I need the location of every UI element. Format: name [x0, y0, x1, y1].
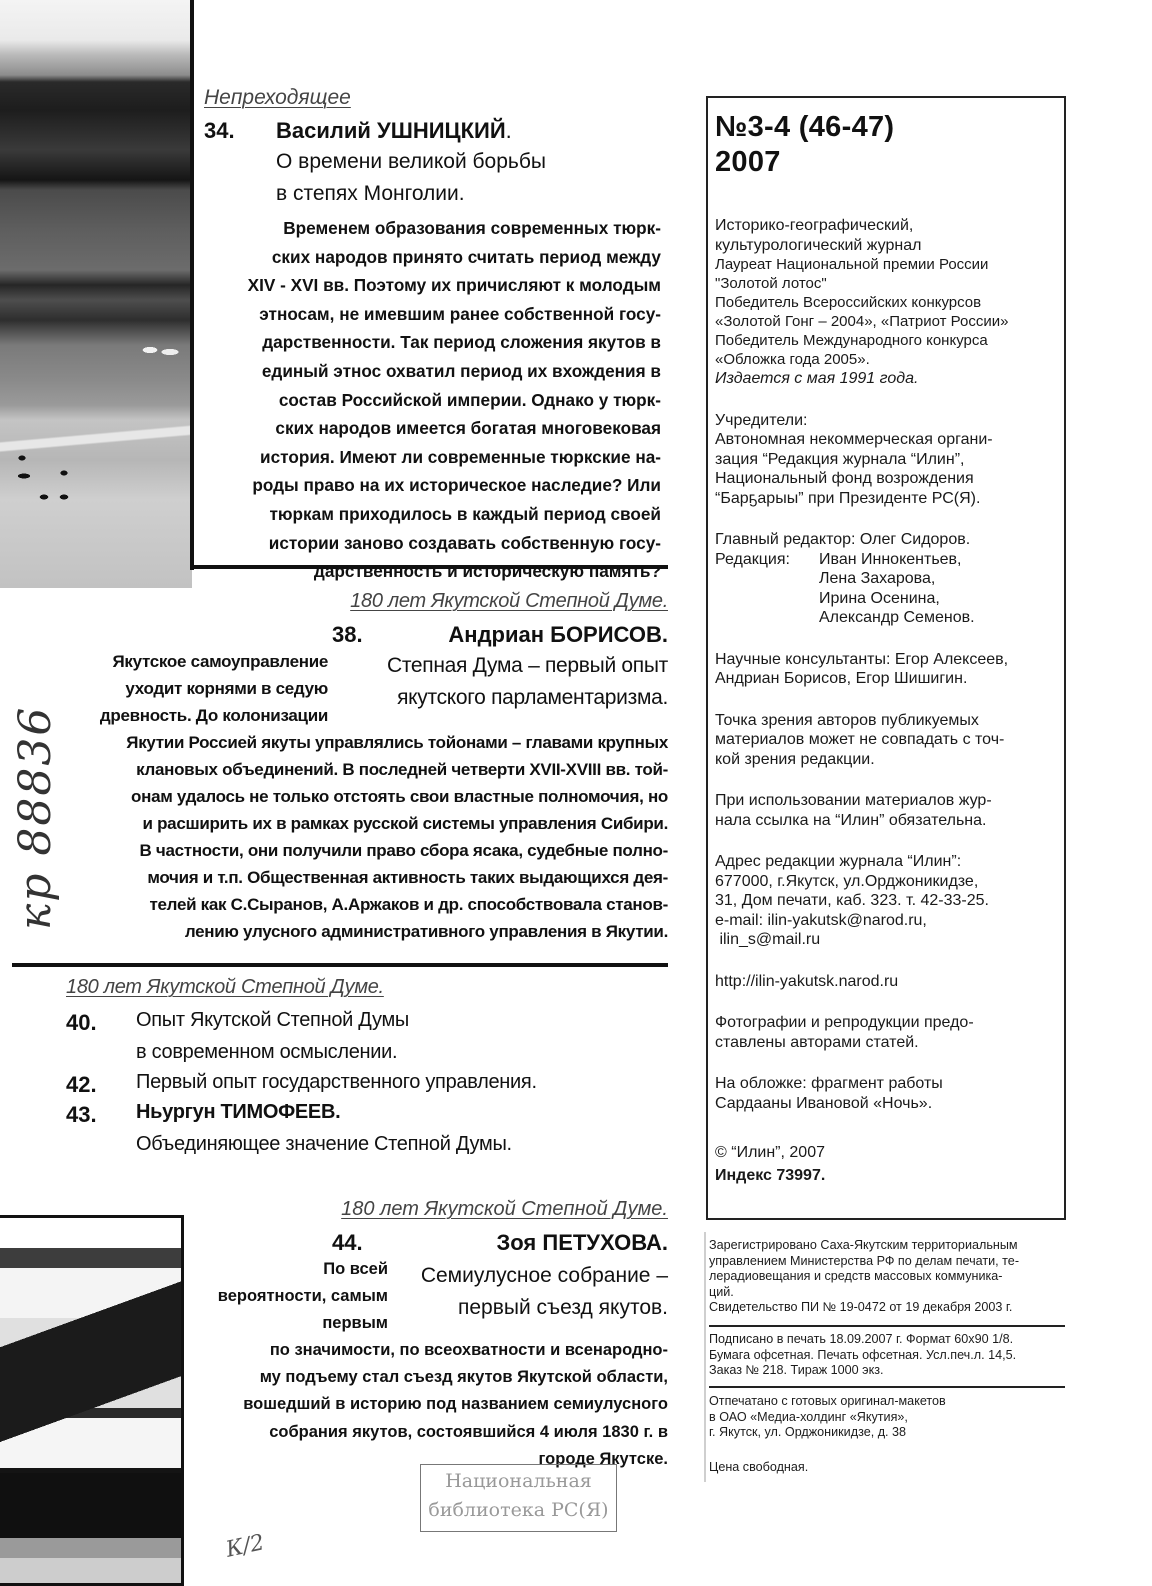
info-line: Сардааны Ивановой «Ночь». — [715, 1094, 1064, 1114]
lead-line: уходит корнями в седую — [60, 675, 328, 702]
title-line: Семиулусное собрание – — [421, 1260, 668, 1292]
article-lead-intro: Якутское самоуправление уходит корнями в… — [60, 648, 328, 729]
imprint-line: Зарегистрировано Саха-Якутским территори… — [709, 1238, 1065, 1254]
registration-info: Зарегистрировано Саха-Якутским территори… — [709, 1238, 1065, 1316]
imprint-border — [704, 1232, 706, 1482]
library-stamp: Национальная библиотека РС(Я) — [420, 1464, 617, 1532]
editorial-staff: Главный редактор: Олег Сидоров. Редакция… — [715, 530, 1064, 628]
title-line: якутского парламентаризма. — [387, 682, 668, 714]
lead-line: собрания якутов, состоявшийся 4 июля 183… — [192, 1419, 668, 1446]
website-link[interactable]: http://ilin-yakutsk.narod.ru — [715, 972, 1064, 992]
article-lead: Якутии Россией якуты управлялись тойонам… — [56, 729, 668, 945]
lead-line: и расширить их в рамках русской системы … — [56, 810, 668, 837]
info-line: зация “Редакция журнала “Илин”, — [715, 450, 1064, 470]
email-link[interactable]: ilin_s@mail.ru — [715, 930, 1064, 950]
photos-note: Фотографии и репродукции предо- ставлены… — [715, 1013, 1064, 1052]
consultants: Научные консультанты: Егор Алексеев, Анд… — [715, 650, 1064, 689]
lead-line: XIV - XVI вв. Поэтому их причисляют к мо… — [205, 271, 661, 300]
price: Цена свободная. — [709, 1460, 1065, 1476]
imprint-line: Подписано в печать 18.09.2007 г. Формат … — [709, 1332, 1065, 1348]
info-line: Победитель Всероссийских конкурсов — [715, 293, 1064, 312]
section-frame-left — [190, 0, 194, 570]
author-name: Ньургун ТИМОФЕЕВ. — [136, 1096, 512, 1128]
info-line: ставлены авторами статей. — [715, 1033, 1064, 1053]
info-line: На обложке: фрагмент работы — [715, 1074, 1064, 1094]
section-divider — [12, 963, 668, 967]
lead-line: дарственность и историческую память? — [205, 557, 661, 586]
article-author: Андриан БОРИСОВ. — [448, 622, 668, 648]
info-line: Лауреат Национальной премии России — [715, 255, 1064, 274]
info-line: Точка зрения авторов публикуемых — [715, 711, 1055, 731]
lead-line: клановых объединений. В последней четвер… — [56, 756, 668, 783]
info-line: 31, Дом печати, каб. 323. т. 42-33-25. — [715, 891, 1064, 911]
lead-line: По всей — [190, 1256, 388, 1283]
title-line: в степях Монголии. — [276, 178, 546, 210]
imprint-line: в ОАО «Медиа-холдинг «Якутия», — [709, 1410, 1065, 1426]
imprint-line: лерадиовещания и средств массовых коммун… — [709, 1269, 1065, 1285]
editorial-address: Адрес редакции журнала “Илин”: 677000, г… — [715, 852, 1064, 950]
handwritten-catalog-number: кр 88836 — [10, 730, 50, 930]
info-line: “Барҕарыы” при Президенте РС(Я). — [715, 489, 1064, 509]
masthead-box: №3-4 (46-47) 2007 Историко-географически… — [706, 96, 1066, 1220]
page-number: 43. — [66, 1102, 97, 1128]
page-number: 34. — [204, 118, 235, 144]
article-author: Василий УШНИЦКИЙ. — [276, 118, 512, 144]
info-line: Историко-географический, — [715, 216, 1064, 236]
info-line: При использовании материалов жур- — [715, 791, 1055, 811]
lead-line: му подъему стал съезд якутов Якутской об… — [192, 1364, 668, 1391]
article-lead: по значимости, по всеохватности и всенар… — [192, 1337, 668, 1473]
lead-line: мочия и т.п. Общественная активность так… — [56, 864, 668, 891]
info-line: Фотографии и репродукции предо- — [715, 1013, 1055, 1033]
lead-line: по значимости, по всеохватности и всенар… — [192, 1337, 668, 1364]
imprint-divider — [709, 1325, 1065, 1327]
info-line: материалов может не совпадать с точ- — [715, 730, 1064, 750]
stamp-line: Национальная — [421, 1467, 616, 1496]
author-name: Василий УШНИЦКИЙ — [276, 118, 506, 143]
lead-line: ских народов принято считать период межд… — [205, 243, 661, 272]
cover-photo-landscape — [0, 0, 192, 588]
toc-item-title: Опыт Якутской Степной Думы в современном… — [136, 1004, 409, 1068]
title-line: Степная Дума – первый опыт — [387, 650, 668, 682]
info-line: «Обложка года 2005». — [715, 350, 1064, 369]
info-line: нала ссылка на “Илин” обязательна. — [715, 811, 1064, 831]
imprint-line: управлением Министерства РФ по делам печ… — [709, 1254, 1065, 1270]
imprint-line: ций. — [709, 1285, 1065, 1301]
page-number: 38. — [332, 622, 363, 648]
imprint-line: Свидетельство ПИ № 19-0472 от 19 декабря… — [709, 1300, 1065, 1316]
cover-note: На обложке: фрагмент работы Сардааны Ива… — [715, 1074, 1064, 1113]
imprint-line: Заказ № 218. Тираж 1000 экз. — [709, 1363, 1065, 1379]
issue-year: 2007 — [715, 145, 1064, 180]
info-line: Андриан Борисов, Егор Шишигин. — [715, 669, 1064, 689]
info-line: Победитель Международного конкурса — [715, 331, 1064, 350]
editor-name: Лена Захарова, — [715, 569, 1064, 589]
title-line: в современном осмыслении. — [136, 1036, 409, 1068]
stamp-line: библиотека РС(Я) — [421, 1496, 616, 1525]
editor-name: Александр Семенов. — [715, 608, 1064, 628]
page-number: 40. — [66, 1010, 97, 1036]
issue-number: №3-4 (46-47) — [715, 110, 1064, 145]
imprint-divider — [709, 1386, 1065, 1388]
info-line: Адрес редакции журнала “Илин”: — [715, 852, 1055, 872]
rubric-label: Непреходящее — [204, 86, 351, 110]
article-title: Степная Дума – первый опыт якутского пар… — [387, 650, 668, 714]
published-since: Издается с мая 1991 года. — [715, 369, 1064, 389]
article-title: Семиулусное собрание – первый съезд якут… — [421, 1260, 668, 1324]
lead-line: Временем образования современных тюрк- — [205, 214, 661, 243]
subscription-index: Индекс 73997. — [715, 1166, 1064, 1186]
editorial-label: Редакция: — [715, 550, 819, 570]
article-lead-intro: По всей вероятности, самым первым — [190, 1256, 388, 1337]
info-line: "Золотой лотос" — [715, 274, 1064, 293]
lead-line: лению улусного административного управле… — [56, 918, 668, 945]
historical-photo-buildings — [0, 1215, 184, 1586]
copyright-block: © “Илин”, 2007 Индекс 73997. — [715, 1143, 1064, 1185]
article-title: О времени великой борьбы в степях Монгол… — [276, 146, 546, 210]
lead-line: единый этнос охватил период их вхождения… — [205, 357, 661, 386]
info-line: кой зрения редакции. — [715, 750, 1064, 770]
rubric-label: 180 лет Якутской Степной Думе. — [341, 1198, 668, 1221]
citation-note: При использовании материалов жур- нала с… — [715, 791, 1064, 830]
title-line: первый съезд якутов. — [421, 1292, 668, 1324]
article-lead: Временем образования современных тюрк- с… — [205, 214, 661, 586]
title-line: Первый опыт государственного управления. — [136, 1066, 537, 1098]
lead-line: история. Имеют ли современные тюркские н… — [205, 443, 661, 472]
lead-line: В частности, они получили право сбора яс… — [56, 837, 668, 864]
info-line: культурологический журнал — [715, 236, 1064, 256]
editor-name: Иван Иннокентьев, — [819, 551, 962, 568]
disclaimer: Точка зрения авторов публикуемых материа… — [715, 711, 1064, 770]
editor-name: Ирина Осенина, — [715, 589, 1064, 609]
imprint-line: Бумага офсетная. Печать офсетная. Усл.пе… — [709, 1348, 1065, 1364]
info-line: «Золотой Гонг – 2004», «Патриот России» — [715, 312, 1064, 331]
lead-line: дарственности. Так период сложения якуто… — [205, 328, 661, 357]
toc-item-title: Ньургун ТИМОФЕЕВ. Объединяющее значение … — [136, 1096, 512, 1160]
chief-editor: Главный редактор: Олег Сидоров. — [715, 530, 1064, 550]
title-line: О времени великой борьбы — [276, 146, 546, 178]
lead-line: телей как С.Сыранов, А.Аржаков и др. спо… — [56, 891, 668, 918]
title-line: Опыт Якутской Степной Думы — [136, 1004, 409, 1036]
email-link[interactable]: e-mail: ilin-yakutsk@narod.ru, — [715, 911, 1064, 931]
page-number: 42. — [66, 1072, 97, 1098]
lead-line: вероятности, самым — [190, 1283, 388, 1310]
lead-line: тюркам приходилось в каждый период своей — [205, 500, 661, 529]
imprint-line: Отпечатано с готовых оригинал-макетов — [709, 1394, 1065, 1410]
info-line: Научные консультанты: Егор Алексеев, — [715, 650, 1064, 670]
lead-line: роды право на их историческое наследие? … — [205, 471, 661, 500]
handwritten-mark: К/2 — [224, 1530, 267, 1562]
lead-line: первым — [190, 1310, 388, 1337]
page-number: 44. — [332, 1230, 363, 1256]
info-line: Национальный фонд возрождения — [715, 469, 1064, 489]
toc-item-title: Первый опыт государственного управления. — [136, 1066, 537, 1098]
author-suffix: . — [506, 118, 512, 143]
info-line: Автономная некоммерческая органи- — [715, 430, 1055, 450]
journal-description: Историко-географический, культурологичес… — [715, 216, 1064, 389]
rubric-label: 180 лет Якутской Степной Думе. — [66, 976, 384, 999]
lead-line: вошедший в историю под названием семиулу… — [192, 1391, 668, 1418]
lead-line: онам удалось не только отстоять свои вла… — [56, 783, 668, 810]
section-divider — [190, 565, 668, 569]
printer-info: Отпечатано с готовых оригинал-макетов в … — [709, 1394, 1065, 1441]
founders-label: Учредители: — [715, 411, 1064, 431]
lead-line: этносам, не имевшим ранее собственной го… — [205, 300, 661, 329]
rubric-label: 180 лет Якутской Степной Думе. — [350, 590, 668, 613]
print-details: Подписано в печать 18.09.2007 г. Формат … — [709, 1332, 1065, 1379]
lead-line: Якутское самоуправление — [60, 648, 328, 675]
imprint-line: г. Якутск, ул. Орджоникидзе, д. 38 — [709, 1425, 1065, 1441]
lead-line: ских народов имеется богатая многовекова… — [205, 414, 661, 443]
lead-line: состав Российской империи. Однако у тюрк… — [205, 386, 661, 415]
lead-line: истории заново создавать собственную гос… — [205, 529, 661, 558]
article-author: Зоя ПЕТУХОВА. — [497, 1230, 669, 1256]
title-line: Объединяющее значение Степной Думы. — [136, 1128, 512, 1160]
lead-line: древность. До колонизации — [60, 702, 328, 729]
lead-line: Якутии Россией якуты управлялись тойонам… — [56, 729, 668, 756]
info-line: 677000, г.Якутск, ул.Орджоникидзе, — [715, 872, 1055, 892]
copyright: © “Илин”, 2007 — [715, 1143, 1064, 1163]
founders: Учредители: Автономная некоммерческая ор… — [715, 411, 1064, 509]
